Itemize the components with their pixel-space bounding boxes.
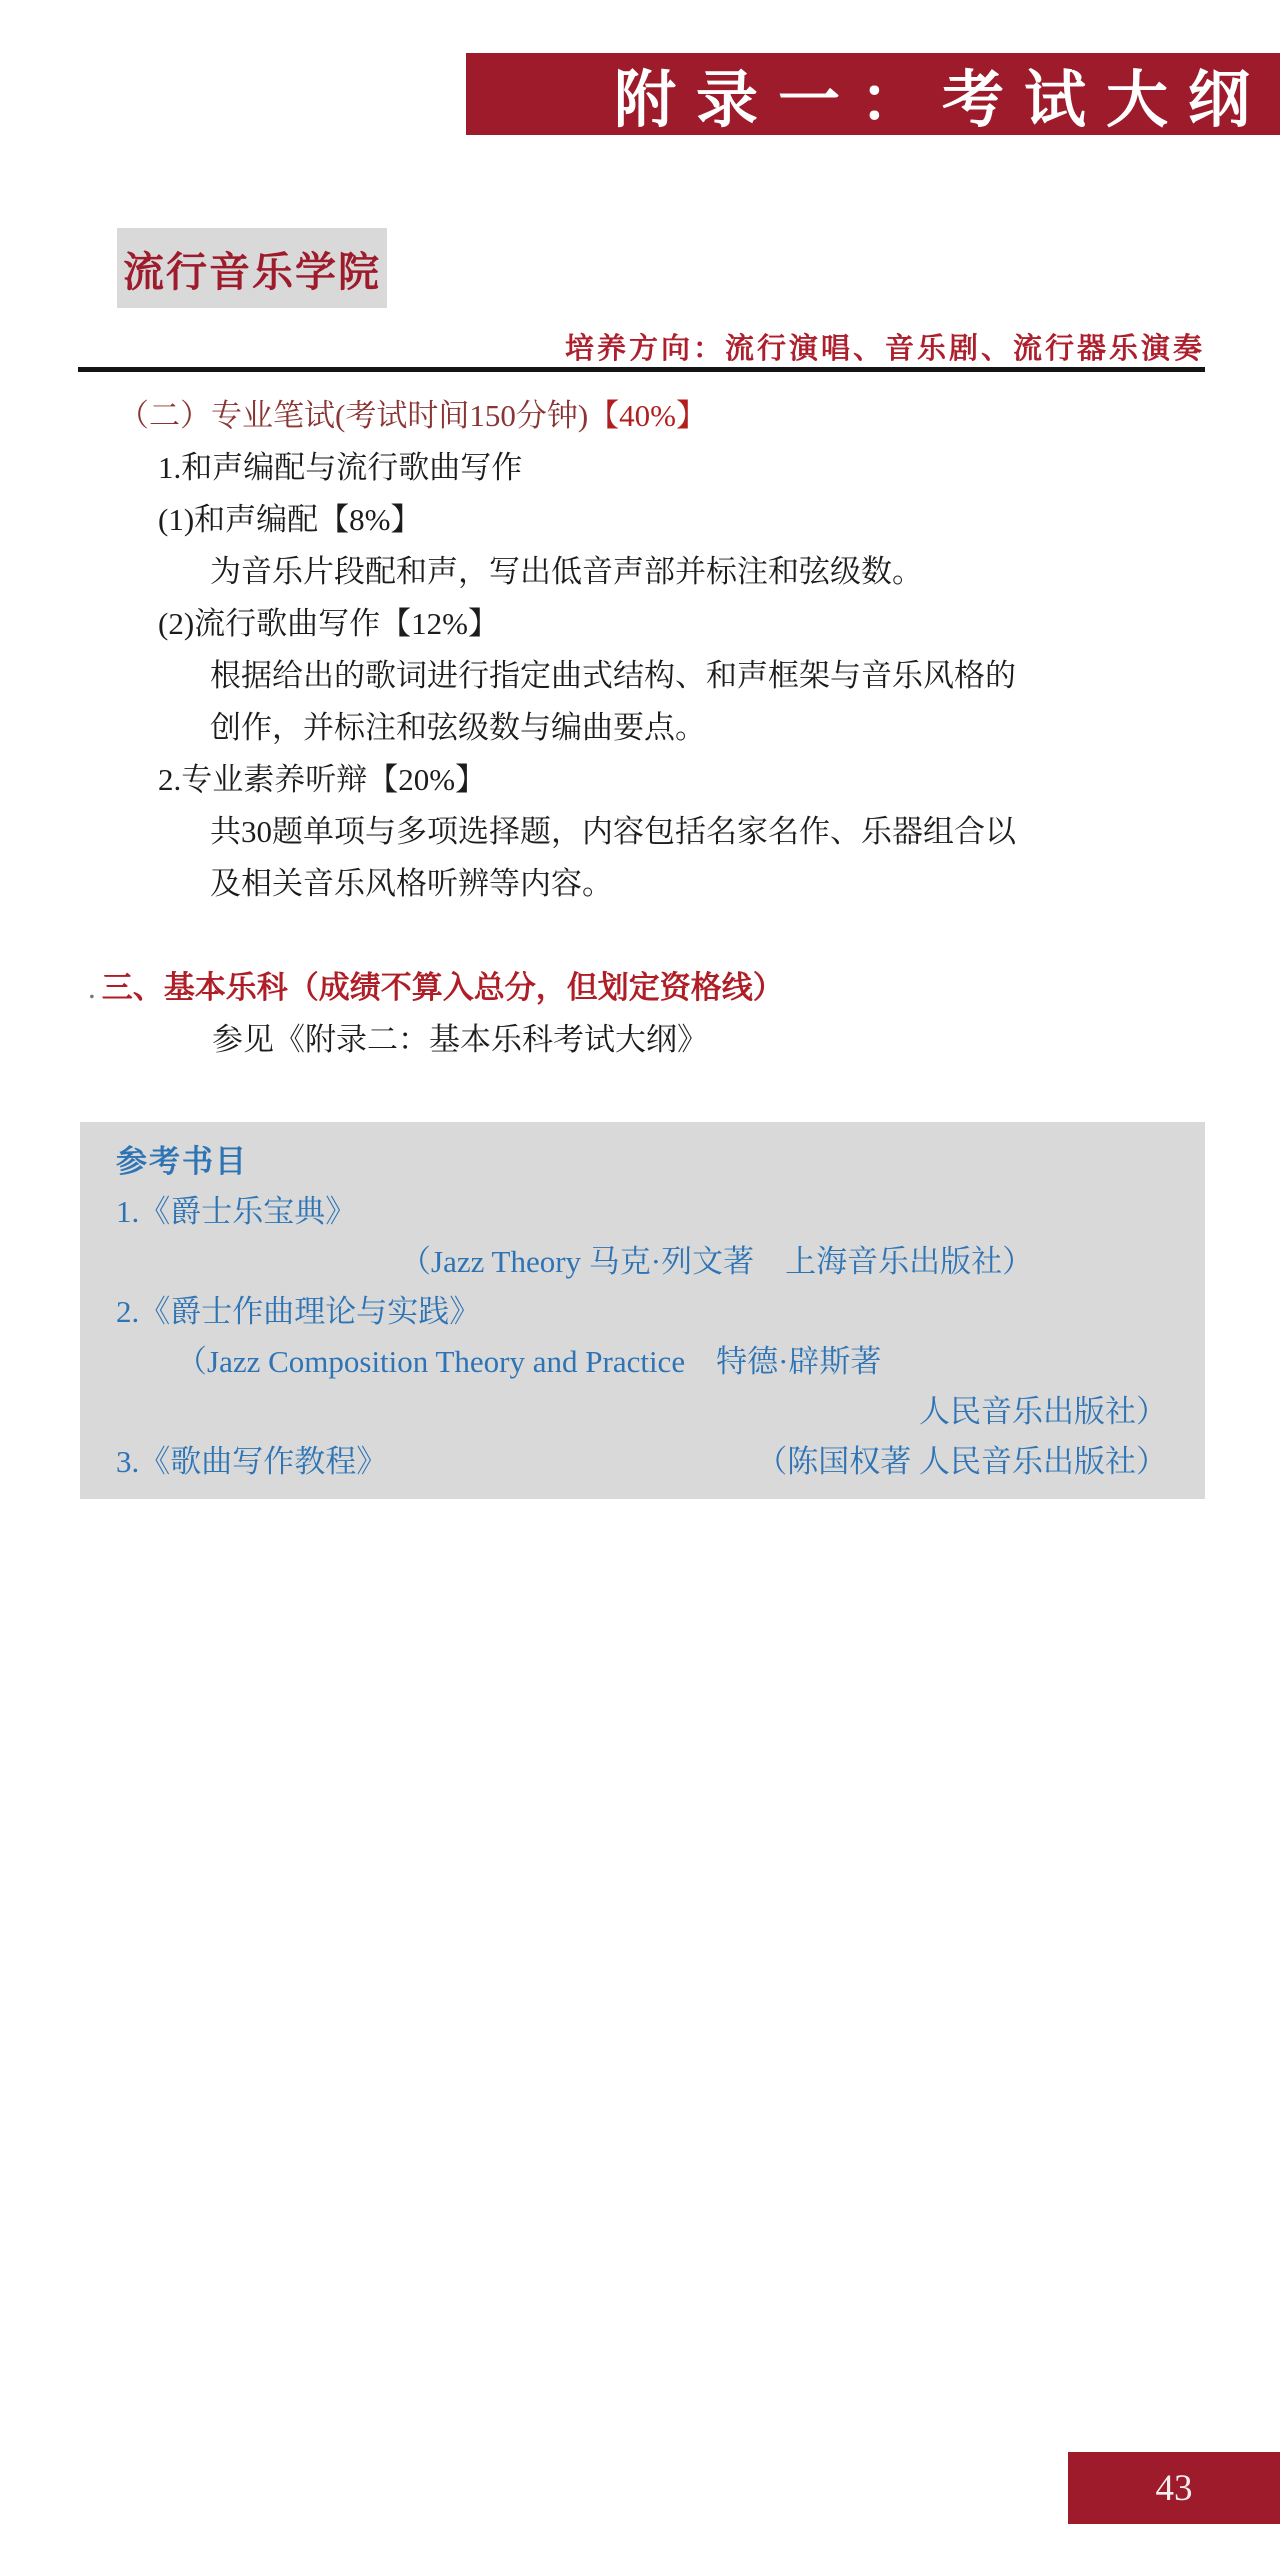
document-page: 附录一：考试大纲 流行音乐学院 培养方向：流行演唱、音乐剧、流行器乐演奏 （二）… <box>0 0 1280 2559</box>
section3-note: 参见《附录二：基本乐科考试大纲》 <box>0 1014 1280 1066</box>
reference-book3-info: （陈国权著 人民音乐出版社） <box>756 1437 1167 1487</box>
written-exam-section: （二）专业笔试(考试时间150分钟)【40%】 1.和声编配与流行歌曲写作 (1… <box>0 390 1280 910</box>
reference-book2-info-line2: 人民音乐出版社） <box>116 1387 1167 1437</box>
page-number: 43 <box>1156 2467 1193 2510</box>
section2-heading: （二）专业笔试(考试时间150分钟)【40%】 <box>0 390 1280 442</box>
page-number-box: 43 <box>1068 2452 1280 2524</box>
item2-title: 2.专业素养听辩【20%】 <box>0 754 1280 806</box>
header-divider-rule <box>78 367 1205 372</box>
reference-book2-info-line1: （Jazz Composition Theory and Practice 特德… <box>116 1337 1167 1387</box>
item1-title: 1.和声编配与流行歌曲写作 <box>0 442 1280 494</box>
reference-books-title: 参考书目 <box>116 1137 1167 1187</box>
section3-stray-dot: . <box>88 970 96 1005</box>
school-name-box: 流行音乐学院 <box>117 228 387 308</box>
section3-heading: .三、基本乐科（成绩不算入总分，但划定资格线） <box>0 962 1280 1014</box>
school-name: 流行音乐学院 <box>123 239 381 298</box>
item1-sub1-title: (1)和声编配【8%】 <box>0 494 1280 546</box>
appendix-banner-title: 附录一：考试大纲 <box>614 50 1270 139</box>
section3-heading-text: 三、基本乐科（成绩不算入总分，但划定资格线） <box>102 970 784 1005</box>
item1-sub1-desc: 为音乐片段配和声，写出低音声部并标注和弦级数。 <box>0 546 1280 598</box>
item1-sub2-desc-line1: 根据给出的歌词进行指定曲式结构、和声框架与音乐风格的 <box>0 650 1280 702</box>
item1-sub2-title: (2)流行歌曲写作【12%】 <box>0 598 1280 650</box>
reference-book2-title: 2.《爵士作曲理论与实践》 <box>116 1287 1167 1337</box>
reference-books-box: 参考书目 1.《爵士乐宝典》 （Jazz Theory 马克·列文著 上海音乐出… <box>80 1122 1205 1499</box>
item2-desc-line2: 及相关音乐风格听辨等内容。 <box>0 858 1280 910</box>
reference-book1-title: 1.《爵士乐宝典》 <box>116 1187 1167 1237</box>
reference-book3-row: 3.《歌曲写作教程》 （陈国权著 人民音乐出版社） <box>116 1437 1167 1487</box>
item1-sub2-desc-line2: 创作，并标注和弦级数与编曲要点。 <box>0 702 1280 754</box>
reference-book3-title: 3.《歌曲写作教程》 <box>116 1437 387 1487</box>
training-direction-line: 培养方向：流行演唱、音乐剧、流行器乐演奏 <box>565 326 1205 367</box>
section2-heading-percent: 【40%】 <box>588 398 707 433</box>
section2-heading-text: （二）专业笔试(考试时间150分钟) <box>118 398 588 433</box>
reference-book1-info: （Jazz Theory 马克·列文著 上海音乐出版社） <box>116 1237 1167 1287</box>
basic-music-section: .三、基本乐科（成绩不算入总分，但划定资格线） 参见《附录二：基本乐科考试大纲》 <box>0 962 1280 1066</box>
appendix-banner: 附录一：考试大纲 <box>466 53 1280 135</box>
item2-desc-line1: 共30题单项与多项选择题，内容包括名家名作、乐器组合以 <box>0 806 1280 858</box>
